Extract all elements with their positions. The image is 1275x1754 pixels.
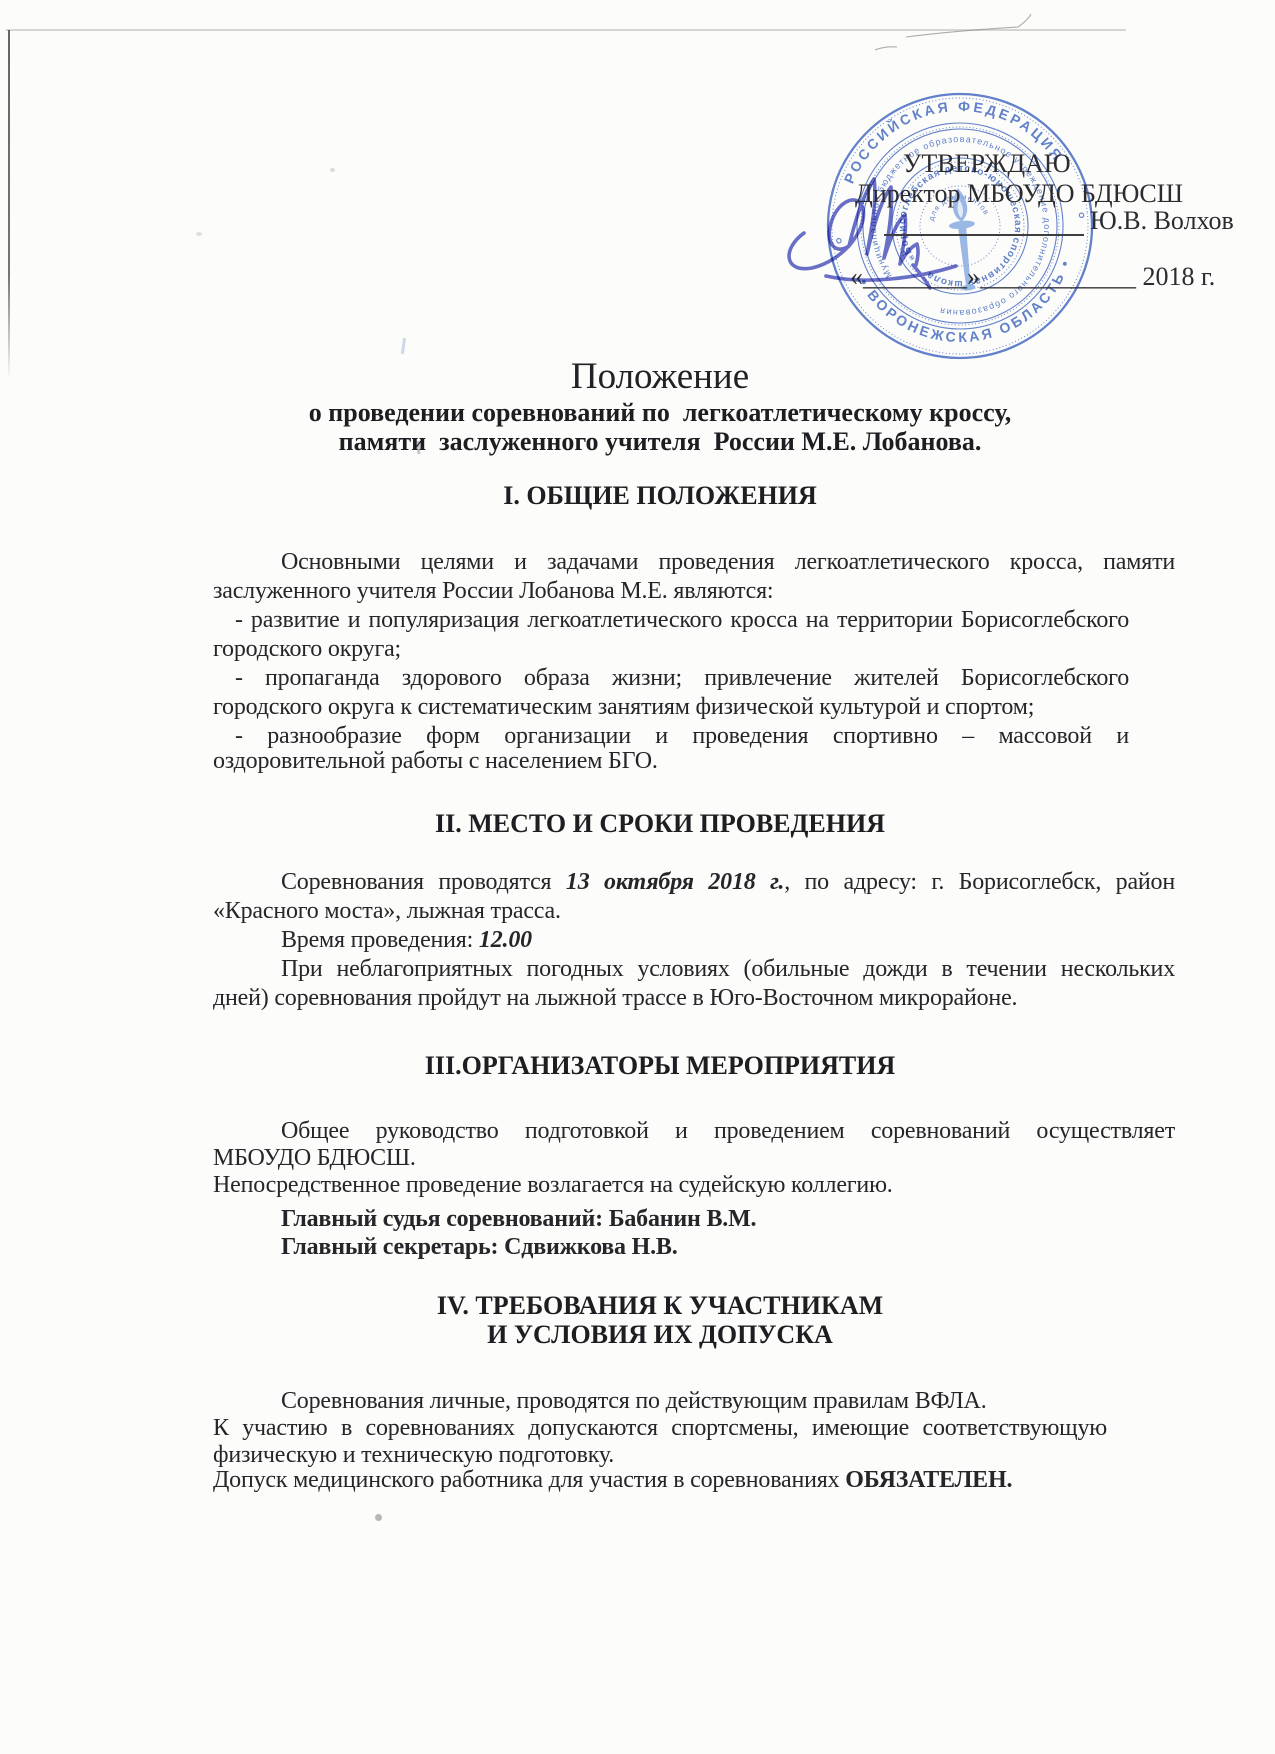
text-segment: ОБЯЗАТЕЛЕН. [845,1467,1012,1493]
scan-speck [196,232,202,236]
scan-mark [401,338,406,354]
document-subtitle-1: о проведении соревнований по легкоатлети… [213,398,1107,428]
text-segment: Соревнования личные, проводятся по дейст… [281,1388,987,1414]
doc-line: Главный судья соревнований: Бабанин В.М. [213,1205,1175,1234]
text-segment: городского округа к систематическим заня… [213,694,1034,720]
section-heading: IV. ТРЕБОВАНИЯ К УЧАСТНИКАМ [213,1291,1107,1320]
doc-line: При неблагоприятных погодных условиях (о… [213,955,1175,984]
text-segment: При неблагоприятных погодных условиях (о… [281,956,1175,982]
doc-line: - пропаганда здорового образа жизни; при… [213,664,1129,693]
text-segment: - пропаганда здорового образа жизни; при… [235,665,1129,691]
doc-line: Время проведения: 12.00 [213,926,1175,955]
approval-label: УТВЕРЖДАЮ [903,149,1071,179]
text-segment: городского округа; [213,636,401,662]
text-segment: III.ОРГАНИЗАТОРЫ МЕРОПРИЯТИЯ [425,1051,896,1080]
text-segment: 13 октября 2018 г. [566,869,784,895]
scan-speck [330,168,335,172]
document-title: Положение [213,356,1107,398]
doc-line: Главный секретарь: Сдвижкова Н.В. [213,1233,1175,1262]
text-segment: - разнообразие форм организации и провед… [235,723,1129,749]
text-segment: 12.00 [479,927,532,953]
doc-line: МБОУДО БДЮСШ. [213,1144,1107,1173]
text-segment: - развитие и популяризация легкоатлетиче… [235,607,1129,633]
text-segment: Соревнования проводятся [281,869,566,895]
text-segment: II. МЕСТО И СРОКИ ПРОВЕДЕНИЯ [435,809,885,838]
text-segment: «Красного моста», лыжная трасса. [213,898,561,924]
approval-signer-name: Ю.В. Волхов [1090,206,1234,236]
doc-line: Соревнования личные, проводятся по дейст… [213,1387,1175,1416]
document-subtitle-2: памяти заслуженного учителя России М.Е. … [213,427,1107,457]
section-heading: II. МЕСТО И СРОКИ ПРОВЕДЕНИЯ [213,809,1107,838]
approval-date-line: «________»____________ 2018 г. [850,262,1215,292]
scan-artifact-left-line [8,30,10,380]
text-segment: , по адресу: г. Борисоглебск, район [784,869,1175,895]
doc-line: заслуженного учителя России Лобанова М.Е… [213,577,1107,606]
scanned-document-page: РОССИЙСКАЯ ФЕДЕРАЦИЯ • ВОРОНЕЖСКАЯ ОБЛАС… [0,0,1275,1754]
text-segment: Главный судья соревнований: Бабанин В.М. [281,1206,756,1232]
doc-line: дней) соревнования пройдут на лыжной тра… [213,984,1107,1013]
doc-line: - развитие и популяризация легкоатлетиче… [213,606,1129,635]
doc-line: Допуск медицинского работника для участи… [213,1466,1107,1495]
text-segment: Главный секретарь: Сдвижкова Н.В. [281,1234,678,1260]
doc-line: «Красного моста», лыжная трасса. [213,897,1107,926]
doc-line: К участию в соревнованиях допускаются сп… [213,1414,1107,1443]
text-segment: оздоровительной работы с населением БГО. [213,748,658,774]
text-segment: И УСЛОВИЯ ИХ ДОПУСКА [487,1320,833,1349]
text-segment: МБОУДО БДЮСШ. [213,1145,416,1171]
text-segment: Непосредственное проведение возлагается … [213,1172,893,1198]
text-segment: заслуженного учителя России Лобанова М.Е… [213,578,773,604]
doc-line: Соревнования проводятся 13 октября 2018 … [213,868,1175,897]
text-segment: Допуск медицинского работника для участи… [213,1467,845,1493]
text-segment: Основными целями и задачами проведения л… [281,549,1175,575]
scan-artifact-hairline [860,8,1050,58]
text-segment: Время проведения: [281,927,479,953]
text-segment: IV. ТРЕБОВАНИЯ К УЧАСТНИКАМ [437,1291,883,1320]
text-segment: Общее руководство подготовкой и проведен… [281,1118,1175,1144]
section-heading: И УСЛОВИЯ ИХ ДОПУСКА [213,1320,1107,1349]
signature-underline [884,210,1084,236]
approval-director-line: Директор МБОУДО БДЮСШ [855,179,1183,209]
doc-line: оздоровительной работы с населением БГО. [213,747,1107,776]
text-segment: К участию в соревнованиях допускаются сп… [213,1415,1107,1441]
section-heading: I. ОБЩИЕ ПОЛОЖЕНИЯ [213,481,1107,510]
doc-line: городского округа к систематическим заня… [213,693,1107,722]
scan-speck [375,1514,382,1521]
text-segment: дней) соревнования пройдут на лыжной тра… [213,985,1017,1011]
text-segment: физическую и техническую подготовку. [213,1442,614,1468]
doc-line: городского округа; [213,635,1107,664]
doc-line: Непосредственное проведение возлагается … [213,1171,1107,1200]
section-heading: III.ОРГАНИЗАТОРЫ МЕРОПРИЯТИЯ [213,1051,1107,1080]
text-segment: I. ОБЩИЕ ПОЛОЖЕНИЯ [503,481,817,510]
doc-line: Общее руководство подготовкой и проведен… [213,1117,1175,1146]
doc-line: Основными целями и задачами проведения л… [213,548,1175,577]
